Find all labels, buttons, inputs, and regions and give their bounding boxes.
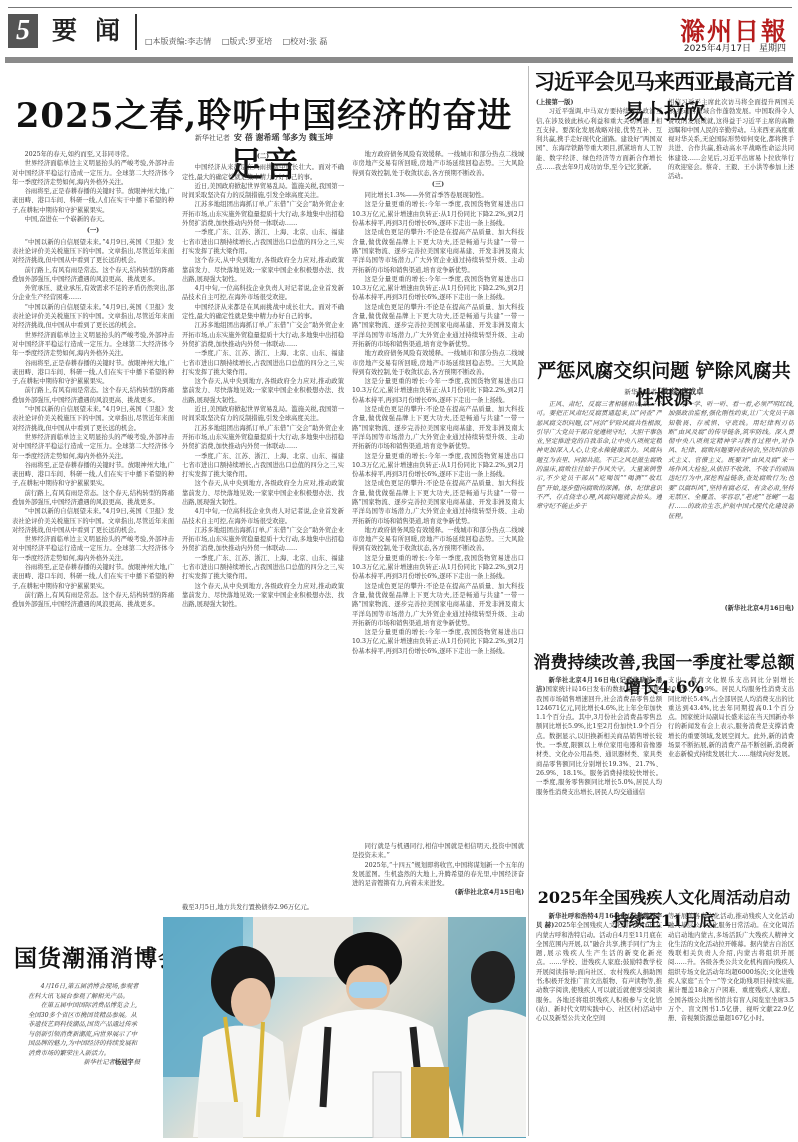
- paragraph: 世界经济面临单边主义明显抬头的严峻考验,外部冲击对中国经济平稳运行造成一定压力。…: [12, 535, 174, 563]
- main-article-column-3: 地方政府债务风险有效缓释。一线城市和部分热点二线城市房地产交易有所回暖,房地产市…: [352, 150, 524, 880]
- paragraph: 这是分量更重的增长:今年一季度,我国货物贸易进出口10.3万亿元,累计增速由负转…: [352, 554, 524, 582]
- paragraph: 地方政府债务风险有效缓释。一线城市和部分热点二线城市房地产交易有所回暖,房地产市…: [352, 526, 524, 554]
- page-number: 5: [8, 14, 38, 48]
- body-text: 2025年全国残疾人文化周活动16日在内蒙古呼和浩特启动。活动自4月至11月底在…: [536, 922, 662, 1022]
- subheading: (二): [182, 152, 344, 161]
- paragraph: 前行路上,有风有雨是常态。这个春天,结构转型的阵痛叠加外部强压,中国经济遭遇的风…: [12, 266, 174, 285]
- photo-illustration: [163, 917, 526, 1138]
- paragraph: 世界经济面临单边主义明显抬头的严峻考验,外部冲击对中国经济平稳运行造成一定压力。…: [12, 159, 174, 187]
- paragraph: 这是成色更足的攀升:不论是在提高产品质量、加大科技含量,做优做强品牌上下更大功夫…: [352, 582, 524, 628]
- paragraph: 江苏多地组团出海抓订单,广东借“广交会”助外贸企业开拓市场,山东实施外贸稳量提质…: [182, 200, 344, 228]
- paragraph: 谷雨将至,正是春耕春播的关键时节。放眼神州大地,广袤田畴、港口车间、科研一线,人…: [12, 187, 174, 215]
- paragraph: 前行路上,有风有雨是常态。这个春天,结构转型的阵痛叠加外部强压,中国经济遭遇的风…: [12, 386, 174, 405]
- top-rule: [8, 7, 792, 8]
- paragraph: 一季度,广东、江苏、浙江、上海、北京、山东、福建七省市进出口额持续增长,占我国进…: [182, 554, 344, 582]
- caption-paragraph: 在第五届中国国际消费品博览会上,全国30多个省区市携国货精品参展。从非遗技艺到科…: [28, 1001, 140, 1058]
- paragraph: 这是成色更足的攀升:不论是在提高产品质量、加大科技含量,做优做强品牌上下更大功夫…: [352, 405, 524, 451]
- paragraph: “中国以新的自信展望未来。”4月9日,英国《卫报》发表社论评价美关税施压下的中国…: [12, 507, 174, 535]
- dateline: (新华社北京4月16日电): [668, 604, 794, 613]
- paragraph: 谷雨将至,正是春耕春播的关键时节。放眼神州大地,广袤田畴、港口车间、科研一线,人…: [12, 359, 174, 387]
- paragraph: “中国以新的自信展望未来。”4月9日,英国《卫报》发表社论评价美关税施压下的中国…: [12, 405, 174, 433]
- byline-prefix: 新华社记者: [624, 388, 657, 396]
- paragraph: 中国经济从来都是在风雨挑战中成长壮大。面对不确定性,最大的确定性就是集中精力办好…: [182, 303, 344, 322]
- paragraph: 这个春天,从中央到地方,各级政府全力应对,推动政策靠前发力、尽快落地见效;一家家…: [182, 377, 344, 405]
- paragraph: “中国以新的自信展望未来。”4月9日,英国《卫报》发表社论评价美关税施压下的中国…: [12, 303, 174, 331]
- paragraph: 地方政府债务风险有效缓释。一线城市和部分热点二线城市房地产交易有所回暖,房地产市…: [352, 349, 524, 377]
- paragraph: 4月中旬,一位高科技企业负责人对记者说,企业首发新品技术自主可控,在海外市场很受…: [182, 284, 344, 303]
- expo-photo: [163, 917, 526, 1138]
- xi-article-column-1: (上接第一版) 习近平强调,中马双方要持续深化政治互信,在涉及彼此核心利益和重大…: [536, 98, 662, 328]
- subheading: (三): [352, 180, 524, 189]
- paragraph: 2025年,“十四五”规划即将收官,中国将谋划新一个五年的发展蓝图。生机盎然的大…: [352, 861, 524, 889]
- paragraph: 江苏多地组团出海抓订单,广东借“广交会”助外贸企业开拓市场,山东实施外贸稳量提质…: [182, 526, 344, 554]
- byline-prefix: 新华社记者: [195, 134, 230, 142]
- paragraph: 等开展的各类文化活动,推动残疾人文化活动融入基层公共文化服务日常活动。在文化周活…: [668, 912, 794, 1024]
- paragraph: 地方政府债务风险有效缓释。一线城市和部分热点二线城市房地产交易有所回暖,房地产市…: [352, 150, 524, 178]
- paragraph: 新华社北京4月16日电(记者张晓洁 潘洁)国家统计局16日发布的数据显示,一季度…: [536, 676, 662, 797]
- disability-article-column-2: 等开展的各类文化活动,推动残疾人文化活动融入基层公共文化服务日常活动。在文化周活…: [668, 912, 794, 1138]
- paragraph: 学一学、听一听、看一看,必须严明红线,加强政治监督,强化刚性约束,让广大党员干部…: [668, 400, 794, 521]
- paragraph: 2025年的春天,如约而至,又非同寻常。: [12, 150, 174, 159]
- paragraph: 外贸承压、就业承压,有效需求不足的矛盾仍然突出,部分企业生产经营困难……: [12, 284, 174, 303]
- photo-caption: 4月16日,第五届消博会现场,参观者在科大讯飞展台参观了解相关产品。 在第五届中…: [28, 982, 140, 1068]
- credit-layout: □版式:罗亚培: [222, 37, 272, 46]
- byline-authors: 段 续 唐成卓: [661, 387, 704, 396]
- paragraph: 这是成色更足的攀升:不论是在提高产品质量、加大科技含量,做优做强品牌上下更大功夫…: [352, 479, 524, 525]
- corruption-article-byline: 新华社记者段 续 唐成卓: [530, 386, 798, 397]
- paragraph: 世界经济面临单边主义明显抬头的严峻考验,外部冲击对中国经济平稳运行造成一定压力。…: [12, 433, 174, 461]
- paragraph: 这是分量更重的增长:今年一季度,我国货物贸易进出口10.3万亿元,累计增速由负转…: [352, 200, 524, 228]
- xi-article-column-2: 相信习近平主席此次访马将全面提升两国关系,推动各领域合作蓬勃发展。中国取得令人赞…: [668, 98, 794, 328]
- credit-suffix: 摄: [134, 1059, 140, 1066]
- photo-credit: 新华社记者杨冠宇摄: [28, 1058, 140, 1068]
- consumption-article-column-1: 新华社北京4月16日电(记者张晓洁 潘洁)国家统计局16日发布的数据显示,一季度…: [536, 676, 662, 854]
- editor-credits: □本版责编:李志情 □版式:罗亚培 □校对:张 磊: [145, 36, 335, 47]
- paragraph: 近日,美国政府掀起世界贸易乱局。滥施关税,我国第一时间采取坚决有力的反制措施,引…: [182, 182, 344, 201]
- section-title: 要闻: [52, 14, 138, 48]
- credit-editor: □本版责编:李志情: [145, 37, 211, 46]
- paragraph: 世界经济面临单边主义明显抬头的严峻考验,外部冲击对中国经济平稳运行造成一定压力。…: [12, 331, 174, 359]
- header-divider: [135, 14, 137, 50]
- paragraph: “中国以新的自信展望未来。”4月9日,英国《卫报》发表社论评价美关税施压下的中国…: [12, 238, 174, 266]
- corruption-dateline: (新华社北京4月16日电): [668, 604, 794, 614]
- disability-article-column-1: 新华社呼和浩特4月16日电(记者魏冠宇 贝 赫)2025年全国残疾人文化周活动1…: [536, 912, 662, 1138]
- credit-prefix: 新华社记者: [83, 1059, 114, 1066]
- dateline: (新华社北京4月15日电): [352, 888, 524, 897]
- paragraph: 一季度,广东、江苏、浙江、上海、北京、山东、福建七省市进出口额持续增长,占我国进…: [182, 228, 344, 256]
- continued-label: (上接第一版): [536, 98, 662, 107]
- paragraph: 江苏多地组团出海抓订单,广东借“广交会”助外贸企业开拓市场,山东实施外贸稳量提质…: [182, 424, 344, 452]
- paragraph: 这是成色更足的攀升:不论是在提高产品质量、加大科技含量,做优做强品牌上下更大功夫…: [352, 303, 524, 349]
- paragraph: 前行路上,有风有雨是常态。这个春天,结构转型的阵痛叠加外部强压,中国经济遭遇的风…: [12, 591, 174, 610]
- corruption-article-column-2: 学一学、听一听、看一看,必须严明红线,加强政治监督,强化刚性约束,让广大党员干部…: [668, 400, 794, 603]
- corruption-article-column-1: 正风、肃纪、反腐三者相辅相成,缺一不可。要把正风肃纪反腐贯通起来,以“同查”严惩…: [536, 400, 662, 612]
- credit-proofread: □校对:张 磊: [283, 37, 328, 46]
- photo-feature-title: 国货潮涌消博会: [14, 940, 182, 973]
- paragraph: 4月中旬,一位高科技企业负责人对记者说,企业首发新品技术自主可控,在海外市场很受…: [182, 507, 344, 526]
- column-divider: [528, 66, 529, 1136]
- body-text: 国家统计局16日发布的数据显示,一季度,我国市场销售增速回升,社会消费品零售总额…: [536, 686, 662, 795]
- header-bar: [5, 57, 793, 63]
- paragraph: 这是分量更重的增长:今年一季度,我国货物贸易进出口10.3万亿元,累计增速由负转…: [352, 377, 524, 405]
- main-article-col2-last: 截至3月5日,地方共发行置换债券2.96万亿元。: [182, 903, 344, 913]
- paragraph: 这是分量更重的增长:今年一季度,我国货物贸易进出口10.3万亿元,累计增速由负转…: [352, 628, 524, 656]
- issue-date: 2025年4月17日星期四: [676, 41, 786, 54]
- paragraph: 这是成色更足的攀升:不论是在提高产品质量、加大科技含量,做优做强品牌上下更大功夫…: [352, 228, 524, 274]
- paragraph: 同比增长1.3%——外贸首季答卷展现韧性。: [352, 191, 524, 200]
- paragraph: 同行就是与机遇同行,相信中国就是相信明天,投资中国就是投资未来。”: [352, 842, 524, 861]
- main-article-column-2: (二) 中国经济从来都是在风雨挑战中成长壮大。面对不确定性,最大的确定性就是集中…: [182, 150, 344, 902]
- byline-authors: 安 蓓 谢希瑶 邹多为 魏玉坤: [234, 132, 333, 142]
- paragraph: 这是分量更重的增长:今年一季度,我国货物贸易进出口10.3万亿元,累计增速由负转…: [352, 452, 524, 480]
- paragraph: 谷雨将至,正是春耕春播的关键时节。放眼神州大地,广袤田畴、港口车间、科研一线,人…: [12, 563, 174, 591]
- paragraph: 中国,奋进在一个崭新的春天。: [12, 215, 174, 224]
- paragraph: 正风、肃纪、反腐三者相辅相成,缺一不可。要把正风肃纪反腐贯通起来,以“同查”严惩…: [536, 400, 662, 512]
- paragraph: 前行路上,有风有雨是常态。这个春天,结构转型的阵痛叠加外部强压,中国经济遭遇的风…: [12, 489, 174, 508]
- paragraph: 这个春天,从中央到地方,各级政府全力应对,推动政策靠前发力、尽快落地见效;一家家…: [182, 582, 344, 610]
- paragraph: 近日,美国政府掀起世界贸易乱局。滥施关税,我国第一时间采取坚决有力的反制措施,引…: [182, 405, 344, 424]
- main-article-column-1: 2025年的春天,如约而至,又非同寻常。 世界经济面临单边主义明显抬头的严峻考验…: [12, 150, 174, 910]
- paragraph: 一季度,广东、江苏、浙江、上海、北京、山东、福建七省市进出口额持续增长,占我国进…: [182, 349, 344, 377]
- credit-name: 杨冠宇: [115, 1059, 134, 1066]
- paragraph: 中国经济从来都是在风雨挑战中成长壮大。面对不确定性,最大的确定性就是集中精力办好…: [182, 163, 344, 182]
- consumption-article-column-2: 支出、教育文化娱乐支出同比分别增长10.4%、13.9%。居民人均服务性消费支出…: [668, 676, 794, 854]
- paragraph: 谷雨将至,正是春耕春播的关键时节。放眼神州大地,广袤田畴、港口车间、科研一线,人…: [12, 461, 174, 489]
- date-text: 2025年4月17日: [684, 44, 751, 54]
- paragraph: 这是分量更重的增长:今年一季度,我国货物贸易进出口10.3万亿元,累计增速由负转…: [352, 275, 524, 303]
- weekday-text: 星期四: [759, 44, 786, 54]
- paragraph: 这个春天,从中央到地方,各级政府全力应对,推动政策靠前发力、尽快落地见效;一家家…: [182, 479, 344, 507]
- paragraph: 新华社呼和浩特4月16日电(记者魏冠宇 贝 赫)2025年全国残疾人文化周活动1…: [536, 912, 662, 1024]
- caption-paragraph: 4月16日,第五届消博会现场,参观者在科大讯飞展台参观了解相关产品。: [28, 982, 140, 1001]
- main-article-byline: 新华社记者安 蓓 谢希瑶 邹多为 魏玉坤: [0, 132, 528, 143]
- paragraph: 这个春天,从中央到地方,各级政府全力应对,推动政策靠前发力、尽快落地见效;一家家…: [182, 256, 344, 284]
- paragraph: 江苏多地组团出海抓订单,广东借“广交会”助外贸企业开拓市场,山东实施外贸稳量提质…: [182, 321, 344, 349]
- subheading: (一): [12, 226, 174, 235]
- paragraph: 习近平强调,中马双方要持续深化政治互信,在涉及彼此核心利益和重大关切问题上相互支…: [536, 107, 662, 172]
- main-article-closing: 同行就是与机遇同行,相信中国就是相信明天,投资中国就是投资未来。” 2025年,…: [352, 842, 524, 902]
- paragraph: 一季度,广东、江苏、浙江、上海、北京、山东、福建七省市进出口额持续增长,占我国进…: [182, 452, 344, 480]
- paragraph: 支出、教育文化娱乐支出同比分别增长10.4%、13.9%。居民人均服务性消费支出…: [668, 676, 794, 760]
- paragraph: 相信习近平主席此次访马将全面提升两国关系,推动各领域合作蓬勃发展。中国取得令人赞…: [668, 98, 794, 182]
